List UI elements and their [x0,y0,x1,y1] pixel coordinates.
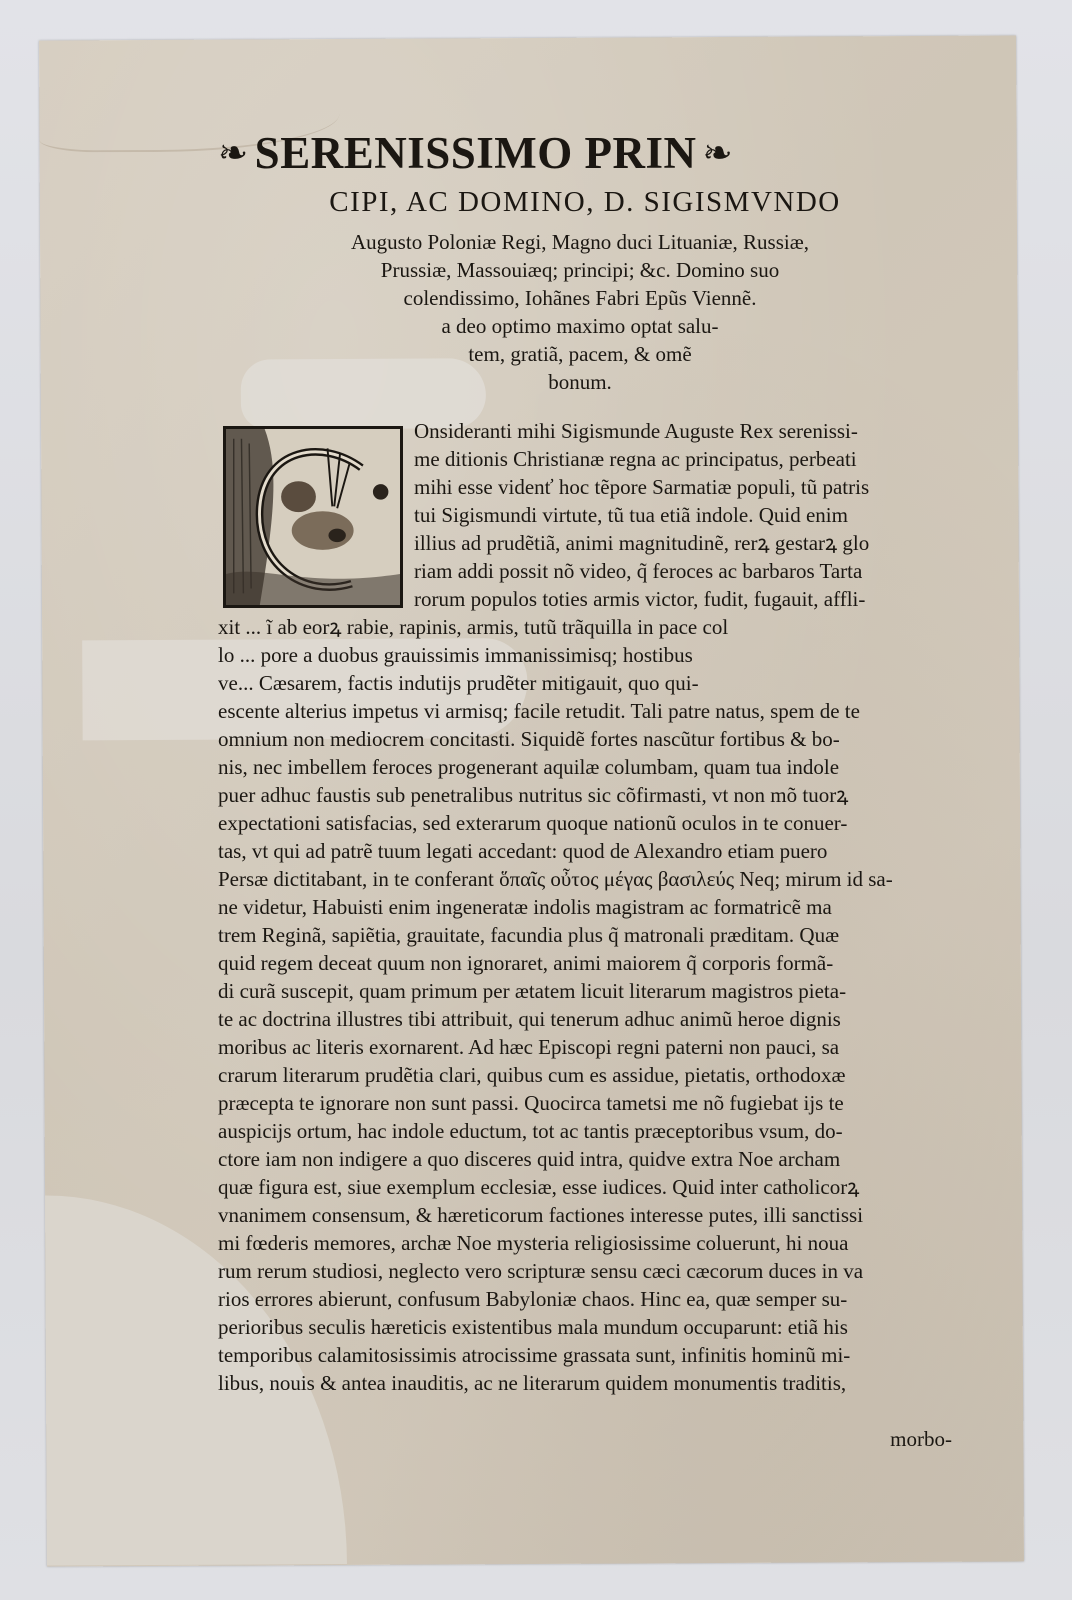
body-line: ne videtur, Habuisti enim ingeneratæ ind… [218,893,832,921]
body-line: trem Reginã, sapiẽtia, grauitate, facund… [218,921,839,949]
body-line: ve... Cæsarem, factis indutijs prudẽter … [218,669,699,697]
body-line: Persæ dictitabant, in te conferant ὅπαῖς… [218,865,893,893]
fleuron-right-icon: ❧ [703,127,734,179]
heading-line: a deo optimo maximo optat salu- [210,312,950,340]
body-line: perioribus seculis hæreticis existentibu… [218,1313,848,1341]
body-line: vnanimem consensum, & hæreticorum factio… [218,1201,863,1229]
body-line: escente alterius impetus vi armisq; faci… [218,697,860,725]
dedication-title: ❧ SERENISSIMO PRIN ❧ [218,127,958,179]
heading-line: tem, gratiã, pacem, & omẽ [210,340,950,368]
heading-line: colendissimo, Iohãnes Fabri Epũs Viennẽ. [210,284,950,312]
heading-line: Prussiæ, Massouiæq; principi; &c. Domino… [210,256,950,284]
body-line: Onsideranti mihi Sigismunde Auguste Rex … [414,417,858,445]
body-line: quæ figura est, siue exemplum ecclesiæ, … [218,1173,859,1201]
body-line: ctore iam non indigere a quo disceres qu… [218,1145,840,1173]
body-line: tas, vt qui ad patrẽ tuum legati accedan… [218,837,827,865]
body-line: xit ... ĩ ab eorꝝ rabie, rapinis, armis,… [218,613,728,641]
fleuron-left-icon: ❧ [218,127,249,179]
body-line: mi fœderis memores, archæ Noe mysteria r… [218,1229,848,1257]
body-line: quid regem deceat quum non ignoraret, an… [218,949,833,977]
body-line: mihi esse videnť hoc tẽpore Sarmatiæ pop… [414,473,869,501]
woodcut-illustration-icon [226,429,400,605]
title-line-2: CIPI, AC DOMINO, D. SIGISMVNDO [260,185,910,219]
heading-line: Augusto Poloniæ Regi, Magno duci Lituani… [210,228,950,256]
body-line: lo ... pore a duobus grauissimis immanis… [218,641,693,669]
body-line: præcepta te ignorare non sunt passi. Quo… [218,1089,844,1117]
heading-line: bonum. [210,368,950,396]
body-line: auspicijs ortum, hac indole eductum, tot… [218,1117,843,1145]
body-line: rorum populos toties armis victor, fudit… [414,585,865,613]
catchword: morbo- [890,1425,952,1453]
body-line: tui Sigismundi virtute, tũ tua etiã indo… [414,501,848,529]
body-line: omnium non mediocrem concitasti. Siquidẽ… [218,725,840,753]
body-line: nis, nec imbellem feroces progenerant aq… [218,753,839,781]
title-line-1: SERENISSIMO PRIN [255,127,697,179]
body-line: me ditionis Christianæ regna ac principa… [414,445,857,473]
body-line: te ac doctrina illustres tibi attribuit,… [218,1005,841,1033]
body-line: riam addi possit nõ video, q̃ feroces ac… [414,557,862,585]
body-line: crarum literarum prudẽtia clari, quibus … [218,1061,846,1089]
body-line: illius ad prudẽtiã, animi magnitudinẽ, r… [414,529,869,557]
body-line: libus, nouis & antea inauditis, ac ne li… [218,1369,846,1397]
body-line: rum rerum studiosi, neglecto vero script… [218,1257,863,1285]
body-line: puer adhuc faustis sub penetralibus nutr… [218,781,848,809]
body-line: temporibus calamitosissimis atrocissime … [218,1341,850,1369]
body-line: rios errores abierunt, confusum Babyloni… [218,1285,847,1313]
body-line: moribus ac literis exornarent. Ad hæc Ep… [218,1033,839,1061]
body-line: expectationi satisfacias, sed exterarum … [218,809,847,837]
woodcut-initial-c [223,426,403,608]
body-line: di curã suscepit, quam primum per ætatem… [218,977,846,1005]
